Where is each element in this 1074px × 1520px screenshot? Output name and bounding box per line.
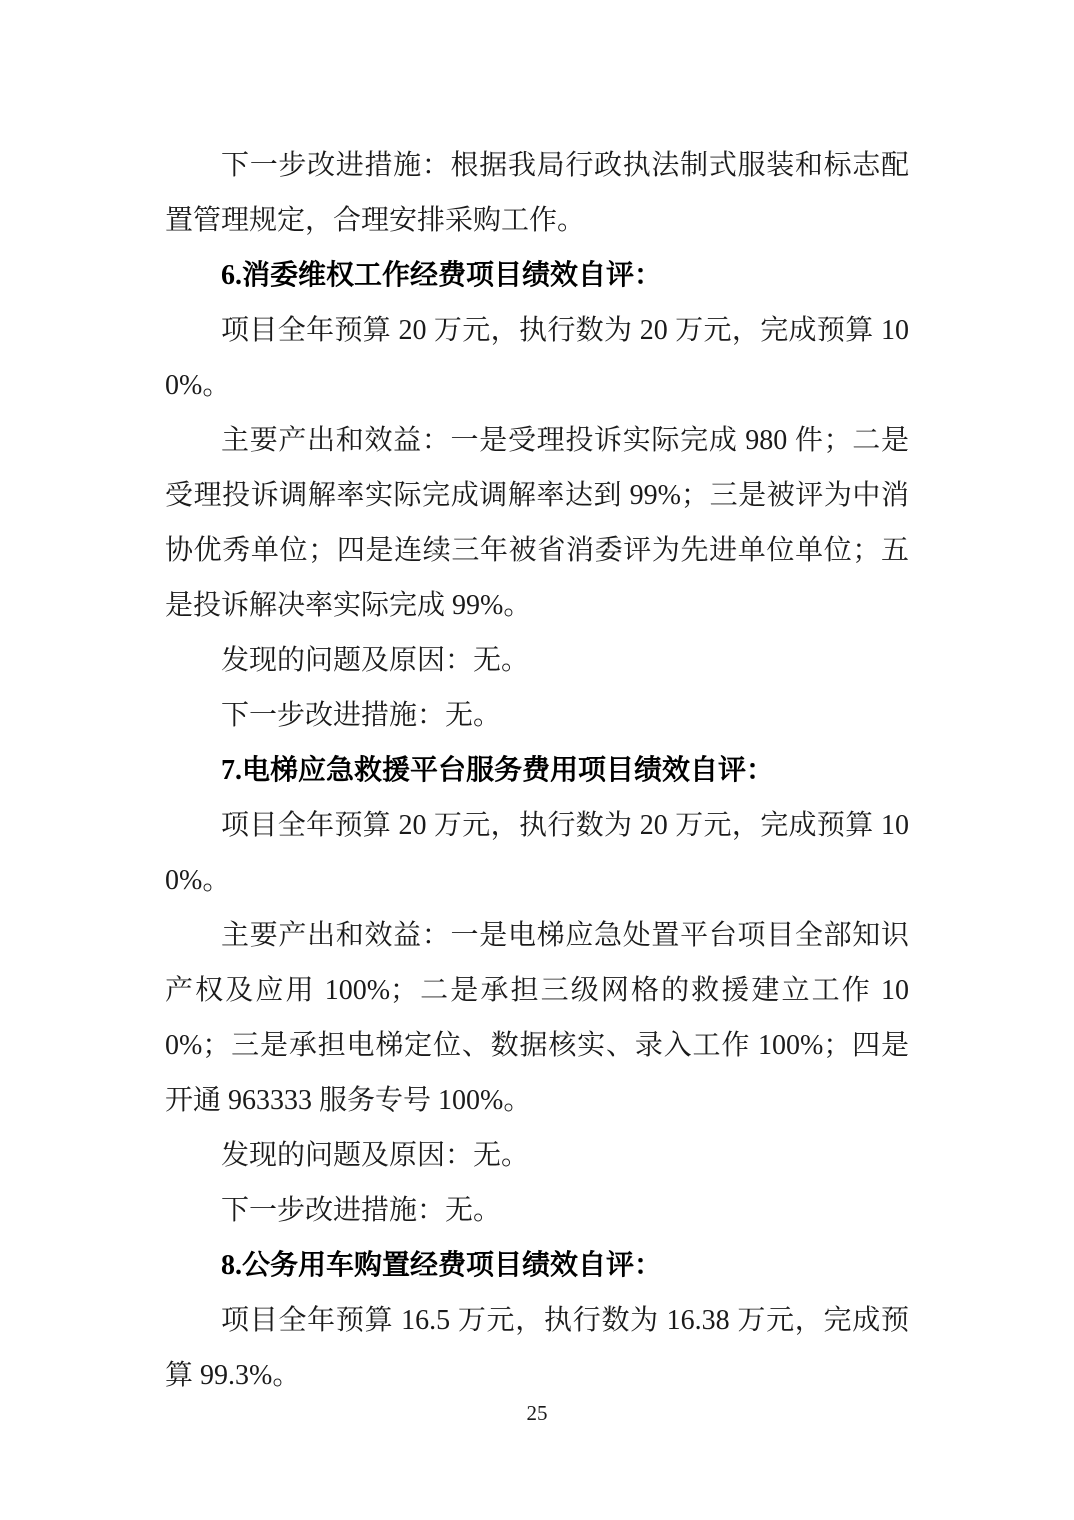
body-paragraph: 下一步改进措施：无。 bbox=[165, 688, 909, 743]
body-paragraph: 下一步改进措施：无。 bbox=[165, 1183, 909, 1238]
body-paragraph: 主要产出和效益：一是受理投诉实际完成 980 件；二是受理投诉调解率实际完成调解… bbox=[165, 413, 909, 633]
section-heading: 8.公务用车购置经费项目绩效自评： bbox=[165, 1238, 909, 1293]
page-number: 25 bbox=[0, 1398, 1074, 1428]
section-heading: 6.消委维权工作经费项目绩效自评： bbox=[165, 248, 909, 303]
body-paragraph: 下一步改进措施：根据我局行政执法制式服装和标志配置管理规定，合理安排采购工作。 bbox=[165, 138, 909, 248]
document-body: 下一步改进措施：根据我局行政执法制式服装和标志配置管理规定，合理安排采购工作。6… bbox=[165, 138, 909, 1403]
body-paragraph: 主要产出和效益：一是电梯应急处置平台项目全部知识产权及应用 100%；二是承担三… bbox=[165, 908, 909, 1128]
body-paragraph: 项目全年预算 20 万元，执行数为 20 万元，完成预算 100%。 bbox=[165, 303, 909, 413]
body-paragraph: 发现的问题及原因：无。 bbox=[165, 1128, 909, 1183]
body-paragraph: 发现的问题及原因：无。 bbox=[165, 633, 909, 688]
body-paragraph: 项目全年预算 16.5 万元，执行数为 16.38 万元，完成预算 99.3%。 bbox=[165, 1293, 909, 1403]
document-page: 下一步改进措施：根据我局行政执法制式服装和标志配置管理规定，合理安排采购工作。6… bbox=[0, 0, 1074, 1520]
body-paragraph: 项目全年预算 20 万元，执行数为 20 万元，完成预算 100%。 bbox=[165, 798, 909, 908]
section-heading: 7.电梯应急救援平台服务费用项目绩效自评： bbox=[165, 743, 909, 798]
